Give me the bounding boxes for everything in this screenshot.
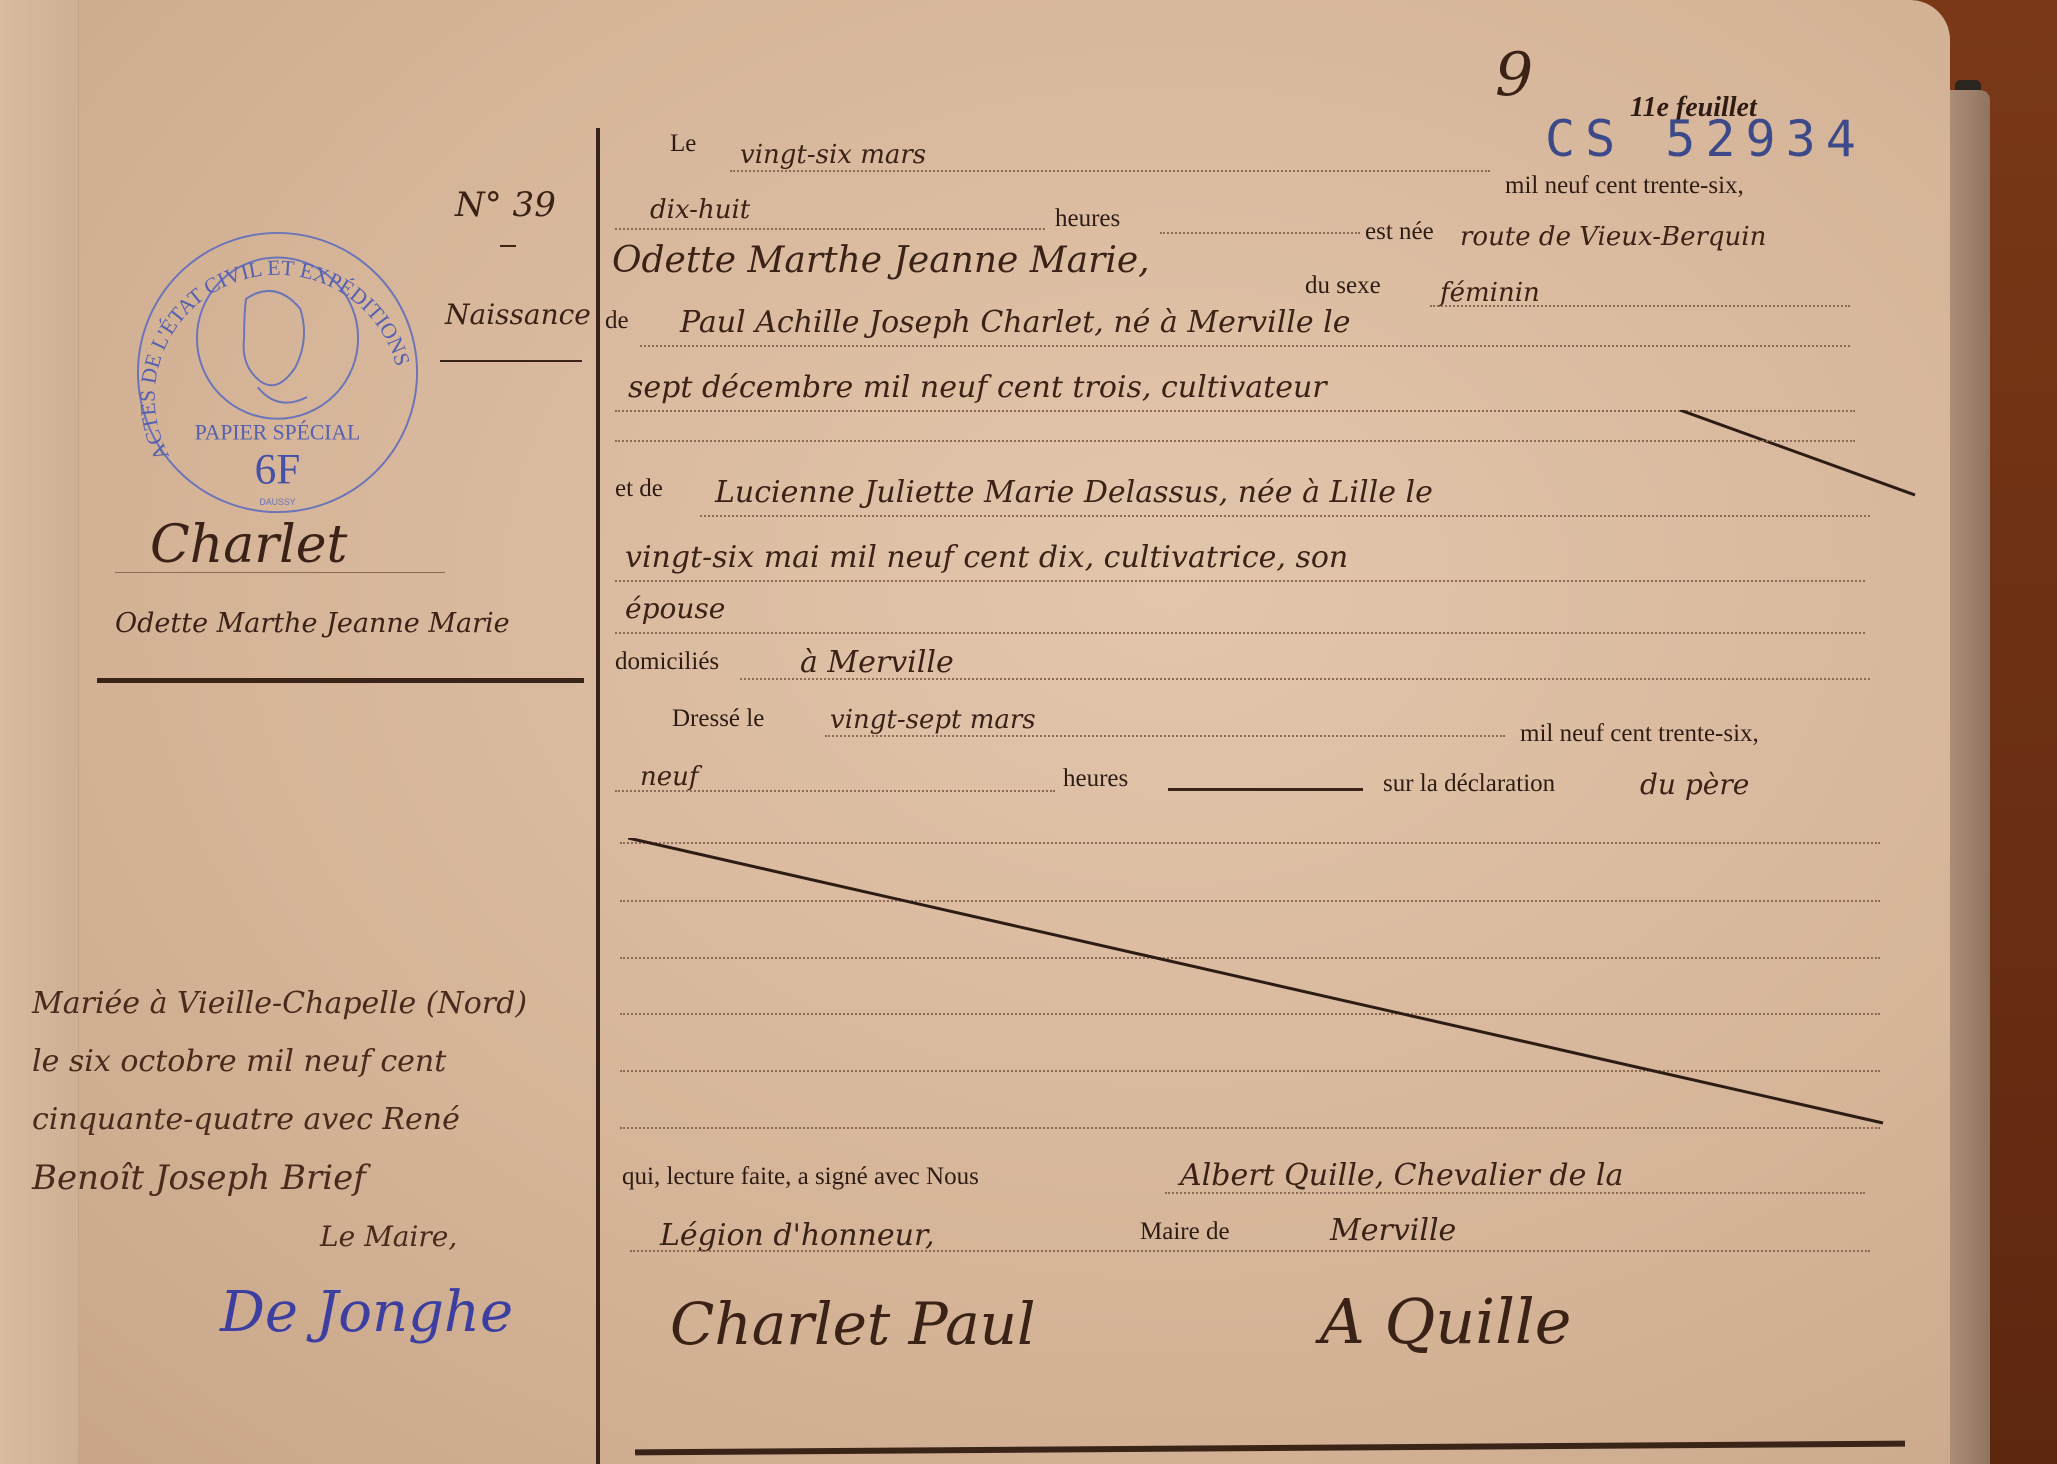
birth-date: vingt-six mars xyxy=(740,140,926,170)
annotation-line: Benoît Joseph Brief xyxy=(32,1149,527,1207)
mayor-signature-annotation: De Jonghe xyxy=(220,1280,513,1345)
dotted-line xyxy=(700,515,1870,517)
dotted-line xyxy=(730,170,1490,172)
father-birth-occupation: sept décembre mil neuf cent trois, culti… xyxy=(628,370,1327,405)
marriage-annotation: Mariée à Vieille-Chapelle (Nord) le six … xyxy=(32,975,527,1207)
annotation-line: le six octobre mil neuf cent xyxy=(32,1033,527,1091)
mother-line: Lucienne Juliette Marie Delassus, née à … xyxy=(715,475,1433,510)
dotted-line xyxy=(615,440,1855,442)
spouse-word: épouse xyxy=(625,592,725,625)
svg-text:DAUSSY: DAUSSY xyxy=(259,497,295,507)
printed-heures: heures xyxy=(1055,205,1120,233)
svg-text:PAPIER SPÉCIAL: PAPIER SPÉCIAL xyxy=(195,420,361,444)
declarant: du père xyxy=(1640,768,1749,801)
surname-underline xyxy=(115,572,445,573)
fiscal-stamp-seal-icon: ACTES DE L'ÉTAT CIVIL ET EXPÉDITIONS PAP… xyxy=(130,230,425,515)
blank-rule xyxy=(1168,788,1363,791)
dotted-line xyxy=(640,345,1850,347)
mother-birth-occupation: vingt-six mai mil neuf cent dix, cultiva… xyxy=(625,540,1348,575)
dotted-line xyxy=(825,735,1505,737)
annotation-line: Mariée à Vieille-Chapelle (Nord) xyxy=(32,975,527,1033)
printed-de: de xyxy=(605,307,629,335)
printed-dresse-le: Dressé le xyxy=(672,705,764,733)
register-page: 9 11e feuillet CS 52934 N° 39 Naissance … xyxy=(0,0,1950,1464)
annotation-signoff: Le Maire, xyxy=(320,1220,457,1253)
margin-mark: 9 xyxy=(1495,40,1533,110)
child-name: Odette Marthe Jeanne Marie, xyxy=(612,240,1150,281)
page-gutter xyxy=(0,0,79,1464)
mayor-signature: A Quille xyxy=(1320,1285,1571,1358)
dotted-line xyxy=(1430,305,1850,307)
dash-divider xyxy=(500,245,516,247)
sex: féminin xyxy=(1440,278,1540,308)
declarant-signature: Charlet Paul xyxy=(670,1290,1036,1358)
record-hour: neuf xyxy=(640,762,699,792)
printed-du-sexe: du sexe xyxy=(1305,272,1381,300)
printed-est-nee: est née xyxy=(1365,218,1434,246)
printed-declaration: sur la déclaration xyxy=(1383,770,1555,798)
stamp-number: CS 52934 xyxy=(1545,110,1866,168)
commune: Merville xyxy=(1330,1213,1456,1248)
dotted-line xyxy=(615,632,1865,634)
svg-text:6F: 6F xyxy=(255,446,301,494)
margin-given-names: Odette Marthe Jeanne Marie xyxy=(115,608,510,639)
dotted-line xyxy=(615,228,1045,230)
dotted-line xyxy=(615,580,1865,582)
printed-et-de: et de xyxy=(615,475,663,503)
birth-hour: dix-huit xyxy=(650,195,750,225)
dotted-line xyxy=(615,410,1855,412)
dotted-line xyxy=(740,678,1870,680)
act-type-underline xyxy=(440,360,582,362)
strike-line-diagonal xyxy=(628,838,1888,1128)
printed-domicilies: domiciliés xyxy=(615,648,719,676)
column-divider xyxy=(596,128,600,1464)
printed-heures-2: heures xyxy=(1063,765,1128,793)
printed-year: mil neuf cent trente-six, xyxy=(1505,172,1744,200)
dotted-line xyxy=(1165,1192,1865,1194)
printed-lecture-faite: qui, lecture faite, a signé avec Nous xyxy=(622,1163,979,1191)
act-number: N° 39 xyxy=(455,185,556,225)
margin-separator xyxy=(97,678,584,683)
margin-surname: Charlet xyxy=(150,515,347,575)
dotted-line xyxy=(1160,232,1360,234)
closing-rule xyxy=(635,1441,1905,1456)
record-date: vingt-sept mars xyxy=(830,705,1036,735)
legion-honneur: Légion d'honneur, xyxy=(660,1218,935,1253)
printed-year-2: mil neuf cent trente-six, xyxy=(1520,720,1759,748)
mayor-name-title: Albert Quille, Chevalier de la xyxy=(1180,1158,1623,1193)
printed-le: Le xyxy=(670,130,696,158)
dotted-line xyxy=(630,1250,1870,1252)
domicile: à Merville xyxy=(800,645,954,680)
dotted-line xyxy=(615,790,1055,792)
printed-maire-de: Maire de xyxy=(1140,1218,1230,1246)
strike-line xyxy=(1680,410,1920,500)
birth-place: route de Vieux-Berquin xyxy=(1460,222,1766,252)
annotation-line: cinquante-quatre avec René xyxy=(32,1091,527,1149)
father-line: Paul Achille Joseph Charlet, né à Mervil… xyxy=(680,305,1351,340)
act-type: Naissance xyxy=(445,298,591,331)
